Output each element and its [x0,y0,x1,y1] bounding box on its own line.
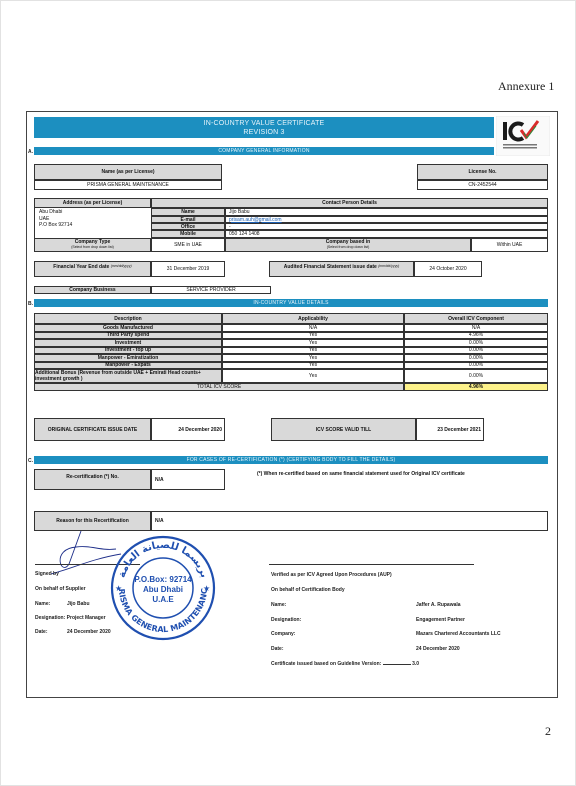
company-name-value: PRISMA GENERAL MAINTENANCE [34,180,222,190]
valid-till-value: 23 December 2021 [416,418,484,441]
certificate-revision: REVISION 3 [34,128,494,137]
supplier-name-value: Jijo Babu [67,601,90,607]
table-row-description: Investment - top up [34,347,222,355]
company-based-hint: (Select from drop down list) [327,245,370,251]
svg-text:U.A.E: U.A.E [152,595,174,604]
certifier-row-value: Mazars Chartered Accountants LLC [416,631,501,637]
section-c-heading: FOR CASES OF RE-CERTIFICATION (*) (CERTI… [34,456,548,464]
certifier-row-value: Engagement Partner [416,617,465,623]
certifier-row-label: Designation: [271,617,301,623]
section-a-letter: A. [28,149,33,155]
company-type-value[interactable]: SME in UAE [151,238,225,252]
stamp-seal-icon: بريسما للصيانة العامة PRISMA GENERAL MAI… [109,534,217,642]
fy-end-title: Financial Year End date [53,264,109,270]
total-score-value: 4.96% [404,383,548,391]
guideline-label: Certificate issued based on Guideline Ve… [271,661,381,667]
company-business-value: SERVICE PROVIDER [151,286,271,294]
certifier-signature-line [269,564,474,565]
table-row-component: 0.00% [404,347,548,355]
table-row-applicability: Yes [222,339,404,347]
fy-end-format: (mm/dd/yyyy) [111,264,132,268]
table-row-description: Additional Bonus (Revenue from outside U… [34,369,222,383]
fy-end-value: 31 December 2019 [151,261,225,277]
icv-check-icon [496,116,550,156]
fy-end-label: Financial Year End date (mm/dd/yyyy) [34,261,151,277]
recert-note: (*) When re-certified based on same fina… [257,471,465,477]
table-header: Overall ICV Component [404,313,548,324]
reason-label: Reason for this Recertification [34,511,151,531]
valid-till-label: ICV SCORE VALID TILL [271,418,416,441]
section-a-heading: COMPANY GENERAL INFORMATION [34,147,494,155]
document-page: Annexure 1 IN-COUNTRY VALUE CERTIFICATE … [0,0,576,786]
company-type-label: Company Type (Select from drop down list… [34,238,151,252]
company-business-label: Company Business [34,286,151,294]
address-line: P.O Box 92714 [39,222,151,229]
table-row-component: 4.96% [404,332,548,340]
address-value: Abu Dhabi UAE P.O Box 92714 [34,208,151,238]
company-stamp: بريسما للصيانة العامة PRISMA GENERAL MAI… [109,534,217,642]
designation-value: Project Manager [67,615,106,621]
section-b-letter: B. [28,301,33,307]
contact-office-label: Office [151,223,225,230]
guideline-version: Certificate issued based on Guideline Ve… [271,661,419,667]
table-row-applicability: Yes [222,362,404,370]
email-link[interactable]: prisam.auh@gmail.com [229,217,282,223]
license-label: License No. [417,164,548,180]
table-row-description: Manpower - Expats [34,362,222,370]
designation-label: Designation: [35,615,65,621]
company-type-hint: (Select from drop down list) [71,245,114,251]
afs-date-format: (mm/dd/yyyy) [378,264,399,268]
company-based-label: Company based in (Select from drop down … [225,238,471,252]
supplier-designation: Designation: Project Manager [35,615,106,621]
company-based-value[interactable]: Within UAE [471,238,548,252]
table-row-component: 0.00% [404,339,548,347]
supplier-date-label: Date: [35,629,48,635]
contact-office-value: - [225,223,548,230]
contact-name-value: Jijo Babu [225,208,548,216]
certifier-row-value: 24 December 2020 [416,646,460,652]
table-row-applicability: Yes [222,347,404,355]
table-row-applicability: Yes [222,354,404,362]
contact-email-label: E-mail [151,216,225,223]
certifier-row-label: Company: [271,631,295,637]
table-row-applicability: Yes [222,369,404,383]
license-value: CN-2452544 [417,180,548,190]
contact-name-label: Name [151,208,225,216]
afs-date-title: Audited Financial Statement issue date [284,264,377,270]
table-header: Description [34,313,222,324]
verified-statement: Verified as per ICV Agreed Upon Procedur… [271,572,392,578]
contact-heading: Contact Person Details [151,198,548,208]
contact-mobile-label: Mobile [151,230,225,238]
table-row-component: 0.00% [404,369,548,383]
svg-text:★: ★ [115,584,122,593]
supplier-on-behalf: On behalf of Supplier [35,586,86,592]
svg-text:بريسما للصيانة العامة: بريسما للصيانة العامة [117,540,210,579]
table-row-description: Goods Manufactured [34,324,222,332]
supplier-date-value: 24 December 2020 [67,629,111,635]
recert-label: Re-certification (*) No. [34,469,151,490]
certifier-row-label: Date: [271,646,284,652]
afs-date-label: Audited Financial Statement issue date (… [269,261,414,277]
supplier-name-label: Name: [35,601,50,607]
annexure-label: Annexure 1 [498,79,554,94]
table-row-applicability: Yes [222,332,404,340]
contact-mobile-value: 050 124 1408 [225,230,548,238]
afs-date-value: 24 October 2020 [414,261,482,277]
certificate-title-bar: IN-COUNTRY VALUE CERTIFICATE REVISION 3 [34,117,494,138]
icv-logo [496,116,550,156]
table-row-component: 0.00% [404,354,548,362]
certificate-title: IN-COUNTRY VALUE CERTIFICATE [34,119,494,128]
issue-date-value: 24 December 2020 [151,418,225,441]
section-b-heading: IN-COUNTRY VALUE DETAILS [34,299,548,307]
signed-by: Signed by [35,571,59,577]
certifier-row-label: Name: [271,602,286,608]
table-row-description: Third Party spend [34,332,222,340]
certifier-row-value: Jaffer A. Rupawala [416,602,461,608]
certifier-on-behalf: On behalf of Certification Body [271,587,345,593]
recert-value: N/A [151,469,225,490]
page-number: 2 [545,724,551,739]
table-row-applicability: N/A [222,324,404,332]
guideline-value: 3.0 [412,661,419,667]
svg-text:Abu Dhabi: Abu Dhabi [143,585,183,594]
table-header: Applicability [222,313,404,324]
table-row-description: Manpower - Emiratization [34,354,222,362]
issue-date-label: ORIGINAL CERTIFICATE ISSUE DATE [34,418,151,441]
contact-email-value: prisam.auh@gmail.com [225,216,548,223]
total-score-label: TOTAL ICV SCORE [34,383,404,391]
svg-text:P.O.Box: 92714: P.O.Box: 92714 [134,575,192,584]
table-row-component: N/A [404,324,548,332]
table-row-component: 0.00% [404,362,548,370]
svg-text:★: ★ [203,584,210,593]
table-row-description: Investment [34,339,222,347]
reason-value: N/A [151,511,548,531]
section-c-letter: C. [28,458,33,464]
address-label: Address (as per License) [34,198,151,208]
guideline-blank [383,664,411,665]
name-label: Name (as per License) [34,164,222,180]
